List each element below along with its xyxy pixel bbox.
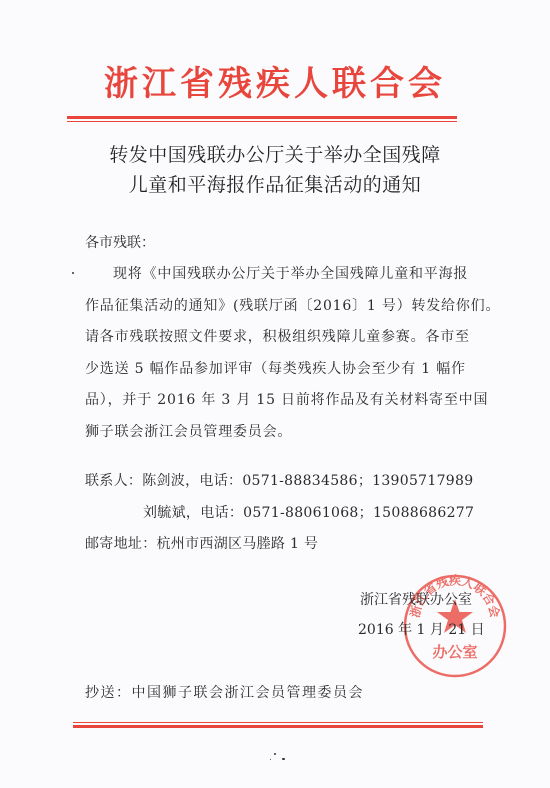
cc-line: 抄送：中国狮子联会浙江会员管理委员会	[85, 678, 364, 708]
header-divider-thick	[67, 116, 457, 119]
contact-phones: 0571-88061068；15088686277	[243, 505, 474, 521]
contact-phones: 0571-88834586；13905717989	[242, 473, 473, 489]
contact-block: 联系人：陈剑波，电话：0571-88834586；13905717989 刘毓斌…	[85, 466, 474, 561]
body-line: 请各市残联按照文件要求，积极组织残障儿童参赛。各市至	[85, 322, 485, 354]
body-line: 品），并于 2016 年 3 月 15 日前将作品及有关材料寄至中国	[85, 385, 485, 417]
footer-divider	[73, 722, 483, 728]
document-title-line-2: 儿童和平海报作品征集活动的通知	[0, 170, 550, 200]
header-divider-thin	[67, 121, 457, 122]
salutation: 各市残联：	[85, 228, 485, 260]
scan-speck	[282, 758, 285, 760]
scan-speck	[274, 753, 276, 755]
issuing-office: 浙江省残联办公室	[360, 585, 485, 615]
address-row: 邮寄地址：杭州市西湖区马塍路 1 号	[85, 529, 474, 561]
contact-label: 联系人：	[85, 473, 142, 489]
body-line: 少选送 5 幅作品参加评审（每类残疾人协会至少有 1 幅作	[85, 354, 485, 386]
body-line: 现将《中国残联办公厅关于举办全国残障儿童和平海报	[85, 259, 485, 291]
phone-label: 电话：	[200, 505, 243, 521]
document-title: 转发中国残联办公厅关于举办全国残障 儿童和平海报作品征集活动的通知	[0, 140, 550, 200]
cc-recipient: 中国狮子联会浙江会员管理委员会	[132, 685, 365, 701]
scan-speck	[72, 272, 74, 274]
body-line: 狮子联会浙江会员管理委员会。	[85, 417, 485, 449]
contact-row-1: 联系人：陈剑波，电话：0571-88834586；13905717989	[85, 466, 474, 498]
scan-speck	[270, 759, 271, 760]
document-title-line-1: 转发中国残联办公厅关于举办全国残障	[0, 140, 550, 170]
org-header: 浙江省残疾人联合会	[0, 64, 550, 104]
body-line: 作品征集活动的通知》(残联厅函〔2016〕1 号）转发给你们。	[85, 291, 485, 323]
document-page: 浙江省残疾人联合会 转发中国残联办公厅关于举办全国残障 儿童和平海报作品征集活动…	[0, 0, 550, 788]
body-paragraph: 现将《中国残联办公厅关于举办全国残障儿童和平海报 作品征集活动的通知》(残联厅函…	[85, 259, 485, 448]
footer-divider-thick	[73, 725, 483, 728]
phone-label: 电话：	[199, 473, 242, 489]
issue-date: 2016 年 1 月 21 日	[358, 615, 485, 645]
cc-label: 抄送：	[85, 685, 132, 701]
contact-row-2: 刘毓斌，电话：0571-88061068；15088686277	[85, 498, 474, 530]
header-divider	[67, 116, 457, 122]
contact-name: 刘毓斌	[143, 505, 186, 521]
address-label: 邮寄地址：	[85, 536, 157, 552]
address-value: 杭州市西湖区马塍路 1 号	[157, 536, 319, 552]
footer-divider-thin	[73, 722, 483, 723]
seal-bottom-text: 办公室	[432, 643, 477, 661]
signature-block: 浙江省残联办公室 2016 年 1 月 21 日	[360, 585, 485, 645]
contact-name: 陈剑波	[142, 473, 185, 489]
